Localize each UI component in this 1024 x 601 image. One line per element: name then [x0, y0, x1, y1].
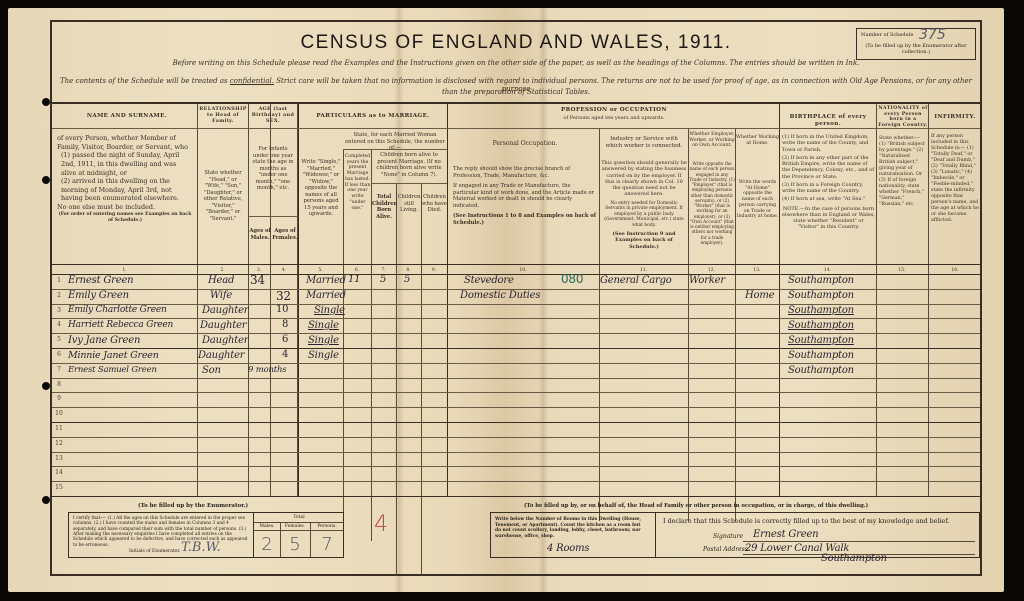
header-age-females: Ages of Females.	[272, 228, 298, 241]
header-industry-desc: This question should generally be answer…	[601, 160, 687, 250]
enumerator-caption: (To be filled up by the Enumerator.)	[138, 503, 248, 509]
entry-birthplace: Southampton	[788, 365, 854, 376]
header-home-desc: Write the words "At Home" opposite the n…	[736, 180, 779, 220]
header-employer: Whether Employer, Worker, or Working on …	[689, 132, 735, 149]
entry-relationship: Daughter	[198, 350, 244, 361]
entry-birthplace: Southampton	[788, 350, 854, 361]
row-number: 11	[54, 425, 64, 432]
entry-marital-status: Single	[308, 320, 339, 331]
col-num: 13.	[735, 268, 779, 273]
entry-birthplace: Southampton	[788, 335, 854, 346]
schedule-number-box: Number of Schedule 375 (To be filled up …	[856, 28, 976, 60]
row-number: 8	[54, 381, 64, 388]
schedule-label: Number of Schedule	[861, 32, 913, 38]
enumerator-box: I certify that:— (1.) All the ages on th…	[68, 512, 344, 558]
document-title: CENSUS OF ENGLAND AND WALES, 1911.	[52, 32, 980, 54]
entry-occupation: Stevedore	[464, 275, 514, 286]
row-number: 10	[54, 410, 64, 417]
entry-marital-status: Married	[306, 290, 346, 301]
entry-name: Ernest Green	[68, 275, 133, 286]
entry-age-female: 4	[282, 349, 288, 360]
entry-years-married: 11	[348, 274, 360, 285]
header-age-desc: For Infants under one year state the age…	[250, 146, 296, 192]
header-profession-sub: of Persons aged ten years and upwards.	[449, 115, 779, 121]
header-name-desc: of every Person, whether Member of Famil…	[57, 134, 193, 224]
header-employer-desc: Write opposite the name of each person e…	[689, 161, 735, 245]
entry-relationship: Daughter	[202, 335, 248, 346]
entry-name: Emily Charlotte Green	[68, 305, 167, 315]
persons-label: Persons.	[310, 524, 344, 529]
address-label: Postal Address	[703, 546, 748, 553]
col-num: 16.	[928, 268, 982, 273]
header-living: Children still Living.	[397, 194, 421, 214]
header-nationality: NATIONALITY of every Person born in a Fo…	[878, 106, 928, 129]
header-age-males: Ages of Males.	[248, 228, 272, 241]
rooms-instruction: Write below the Number of Rooms in this …	[495, 517, 645, 540]
entry-birthplace: Southampton	[788, 290, 854, 301]
entry-children-born: 5	[380, 274, 386, 285]
entry-relationship: Head	[208, 275, 234, 286]
head-declaration-box: Write below the Number of Rooms in this …	[490, 512, 980, 558]
col-num: 14.	[779, 268, 876, 273]
entry-occupation: Domestic Duties	[460, 290, 540, 301]
col-num: 12.	[688, 268, 735, 273]
header-profession: PROFESSION or OCCUPATION	[449, 107, 779, 114]
schedule-note: (To be filled up by the Enumerator after…	[861, 43, 971, 55]
row-number: 9	[54, 395, 64, 402]
entry-marital-status: Single	[308, 350, 339, 361]
header-personal-occupation: Personal Occupation.	[452, 140, 598, 148]
col-num: 4.	[270, 268, 298, 273]
signature-value: Ernest Green	[753, 529, 818, 540]
entry-name: Ivy Jane Green	[68, 335, 140, 346]
header-personal-desc: The reply should show the precise branch…	[453, 166, 597, 226]
census-form: CENSUS OF ENGLAND AND WALES, 1911. Befor…	[50, 20, 982, 576]
col-num: 7.	[371, 268, 396, 273]
header-infirmity-desc: If any person included in this Schedule …	[931, 134, 981, 224]
address-line-2: Southampton	[821, 553, 887, 564]
total-females: 5	[280, 534, 310, 555]
entry-employer-status: Worker	[689, 275, 725, 286]
entry-relationship: Daughter	[202, 305, 248, 316]
col-num: 9.	[421, 268, 447, 273]
header-home: Whether Working at Home.	[736, 135, 779, 147]
entry-birthplace: Southampton	[788, 275, 854, 286]
entry-relationship: Daughter	[200, 320, 246, 331]
entry-name: Minnie Janet Green	[68, 350, 159, 361]
entry-age-male: 9 months	[248, 365, 286, 375]
entry-relationship: Wife	[210, 290, 232, 301]
schedule-number: 375	[919, 27, 946, 44]
entry-marital-status: Single	[308, 335, 339, 346]
header-died: Children who have Died.	[422, 194, 447, 214]
entry-birthplace: Southampton	[788, 305, 854, 316]
entry-age-female: 6	[282, 334, 288, 345]
signature-label: Signature	[713, 533, 743, 540]
header-completed-years: Completed years the present Marriage has…	[344, 154, 371, 211]
header-birthplace: BIRTHPLACE of every person.	[782, 114, 874, 128]
declaration-text: I declare that this Schedule is correctl…	[663, 517, 950, 525]
males-label: Males.	[254, 524, 280, 529]
entry-age-female: 10	[276, 304, 288, 315]
col-num: 8.	[396, 268, 421, 273]
header-name: NAME AND SURNAME.	[72, 113, 182, 120]
row-number: 7	[54, 366, 64, 373]
census-grid: NAME AND SURNAME. of every Person, wheth…	[52, 104, 980, 496]
header-marriage: PARTICULARS as to MARRIAGE.	[300, 113, 446, 120]
enumerator-certification: I certify that:— (1.) All the ages on th…	[73, 516, 249, 548]
row-number: 15	[54, 484, 64, 491]
entry-children-living: 5	[404, 274, 410, 285]
entry-relationship: Son	[202, 365, 221, 376]
row-number: 3	[54, 307, 64, 314]
header-marriage-write: Write "Single," "Married," "Widower," or…	[300, 159, 342, 218]
instruction-line: Before writing on this Schedule please r…	[52, 59, 980, 67]
punch-hole	[42, 98, 50, 106]
initials-label: Initials of Enumerator.	[129, 549, 180, 554]
header-age: AGE (last Birthday) and SEX.	[249, 106, 297, 124]
row-number: 2	[54, 292, 64, 299]
entry-marital-status: Single	[314, 305, 345, 316]
row-number: 13	[54, 455, 64, 462]
header-birthplace-desc: (1) If born in the United Kingdom, write…	[782, 134, 875, 231]
rooms-count: 4 Rooms	[547, 543, 589, 554]
row-number: 4	[54, 321, 64, 328]
header-relationship: RELATIONSHIP to Head of Family.	[198, 106, 248, 124]
row-number: 14	[54, 469, 64, 476]
col-num: 6.	[343, 268, 371, 273]
red-annotation: 4	[374, 512, 388, 537]
header-total-born: Total Children Born Alive.	[372, 194, 396, 220]
header-married-woman: State, for each Married Woman entered on…	[345, 132, 445, 152]
row-number: 1	[54, 277, 64, 284]
col-num: 15.	[876, 268, 928, 273]
col-num: 11.	[599, 268, 688, 273]
enumerator-initials: T.B.W.	[181, 540, 221, 555]
entry-name: Ernest Samuel Green	[68, 365, 157, 375]
title-area: CENSUS OF ENGLAND AND WALES, 1911. Befor…	[52, 22, 980, 104]
col-num: 1.	[52, 268, 197, 273]
head-caption: (To be filled up by, or on behalf of, th…	[524, 503, 868, 509]
row-number: 5	[54, 336, 64, 343]
entry-age-male: 34	[250, 273, 265, 287]
females-label: Females.	[280, 524, 310, 529]
header-relationship-desc: State whether "Head," or "Wife," "Son," …	[200, 170, 246, 222]
punch-hole	[42, 382, 50, 390]
entry-occupation-code: 080	[561, 272, 583, 286]
header-infirmity: INFIRMITY.	[929, 114, 981, 121]
entry-age-female: 32	[276, 289, 291, 303]
entry-industry: General Cargo	[600, 275, 672, 286]
entry-name: Emily Green	[68, 290, 129, 301]
entry-birthplace: Southampton	[788, 320, 854, 331]
entry-marital-status: Married	[306, 275, 346, 286]
footer-section: (To be filled up by the Enumerator.) I c…	[52, 496, 980, 578]
header-industry: Industry or Service with which worker is…	[601, 136, 687, 150]
entry-age-female: 8	[282, 319, 288, 330]
confidential-line-2: than the preparation of Statistical Tabl…	[52, 88, 980, 96]
punch-hole	[42, 176, 50, 184]
total-persons: 7	[310, 534, 344, 555]
header-children: Children born alive to present Marriage.…	[372, 152, 446, 178]
col-num: 5.	[298, 268, 343, 273]
col-num: 2.	[197, 268, 248, 273]
header-nationality-desc: State whether:— (1) "British subject by …	[879, 136, 927, 208]
total-males: 2	[254, 534, 280, 555]
punch-hole	[42, 496, 50, 504]
totals-table: Total Males. Females. Persons. 2 5 7	[253, 513, 343, 557]
entry-name: Harriett Rebecca Green	[68, 320, 173, 330]
total-label: Total	[254, 515, 344, 520]
entry-at-home: Home	[745, 290, 774, 301]
row-number: 6	[54, 351, 64, 358]
row-number: 12	[54, 440, 64, 447]
